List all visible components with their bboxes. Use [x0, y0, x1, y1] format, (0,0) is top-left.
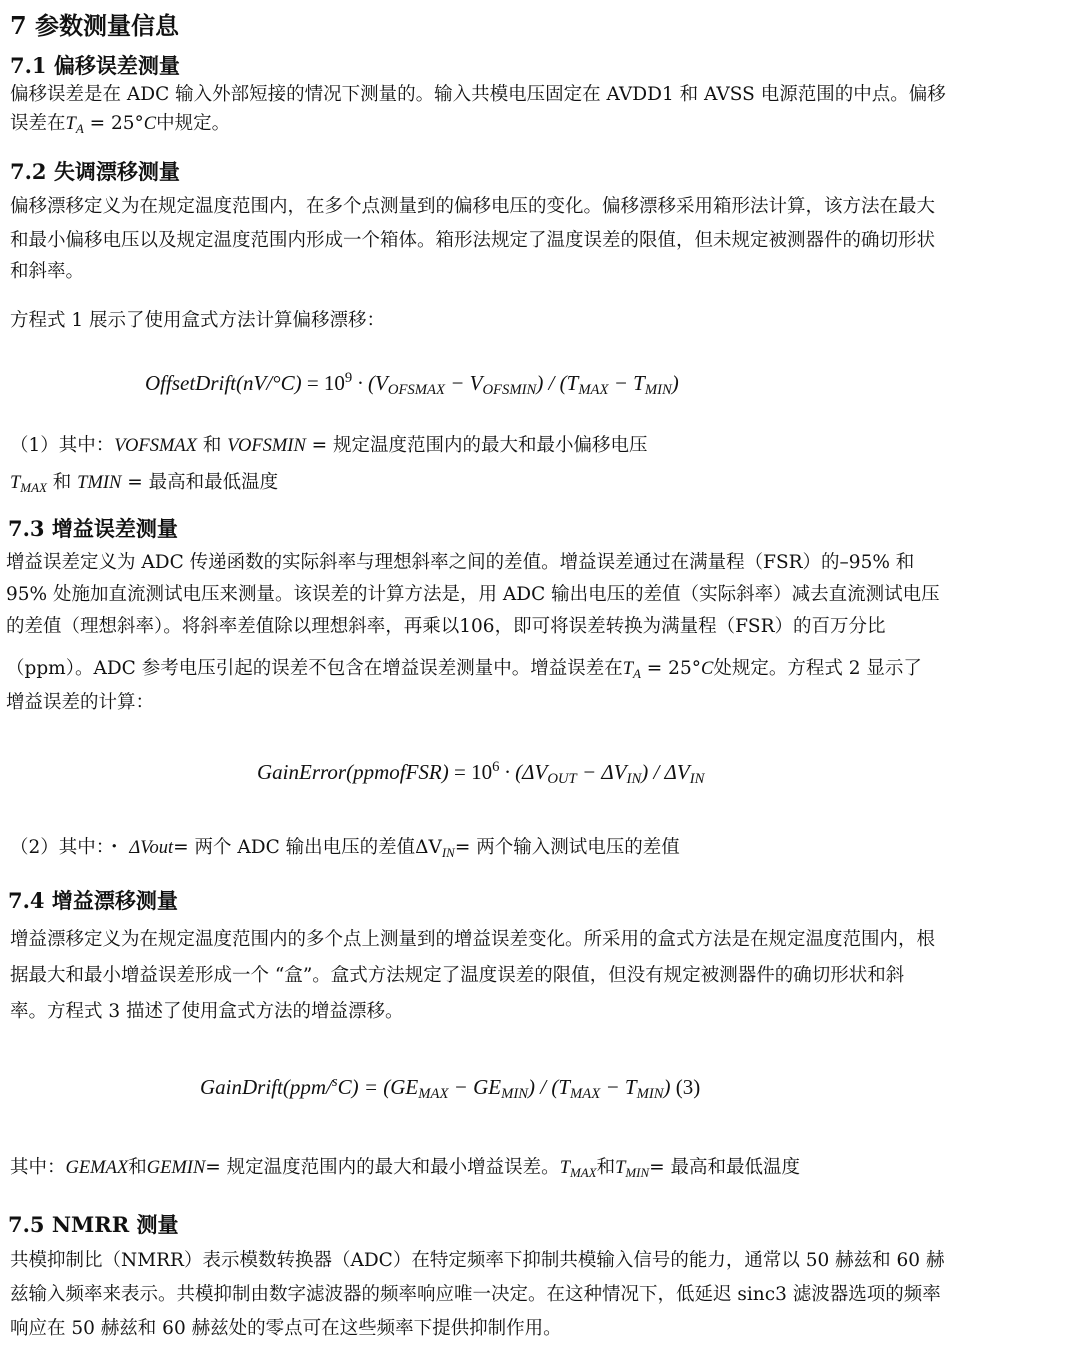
section-7-5-paragraph-line: 共模抑制比（NMRR）表示模数转换器（ADC）在特定频率下抑制共模输入信号的能力… — [10, 1246, 944, 1276]
section-7-3-title: 7.3 增益误差测量 — [8, 513, 178, 543]
equation-1-intro: 方程式 1 展示了使用盒式方法计算偏移漂移： — [10, 306, 385, 336]
equation-number: (3) — [676, 1075, 701, 1099]
section-7-1-title: 7.1 偏移误差测量 — [10, 50, 180, 80]
section-7-2-title: 7.2 失调漂移测量 — [10, 156, 180, 186]
section-7-2-paragraph-line: 偏移漂移定义为在规定温度范围内，在多个点测量到的偏移电压的变化。偏移漂移采用箱形… — [10, 192, 935, 222]
section-7-5-title: 7.5 NMRR 测量 — [8, 1209, 179, 1239]
equation-3: GainDrift(ppm/sC) = (GEMAX − GEMIN) / (T… — [200, 1074, 700, 1103]
section-7-4-paragraph-line: 增益漂移定义为在规定温度范围内的多个点上测量到的增益误差变化。所采用的盒式方法是… — [10, 925, 935, 955]
section-7-2-paragraph-line: 和斜率。 — [10, 257, 84, 287]
math-ta: TA — [66, 114, 84, 134]
equation-2-note: （2）其中：・ ΔVout= 两个 ADC 输出电压的差值ΔVIN= 两个输入测… — [10, 833, 680, 868]
section-7-3-paragraph-line: 的差值（理想斜率）。将斜率差值除以理想斜率，再乘以106，即可将误差转换为满量程… — [6, 612, 886, 642]
section-7-4-paragraph-line: 据最大和最小增益误差形成一个 “盒”。盒式方法规定了温度误差的限值，但没有规定被… — [10, 961, 904, 991]
section-7-4-title: 7.4 增益漂移测量 — [8, 885, 178, 915]
section-7-3-paragraph-line: 95% 处施加直流测试电压来测量。该误差的计算方法是，用 ADC 输出电压的差值… — [6, 580, 940, 610]
equation-3-note: 其中：GEMAX和GEMIN= 规定温度范围内的最大和最小增益误差。TMAX和T… — [10, 1153, 800, 1188]
section-7-1-paragraph-line: 误差在TA = 25°C中规定。 — [10, 109, 230, 144]
section-7-5-paragraph-line: 响应在 50 赫兹和 60 赫兹处的零点可在这些频率下提供抑制作用。 — [10, 1314, 562, 1344]
section-7-1-paragraph-line: 偏移误差是在 ADC 输入外部短接的情况下测量的。输入共模电压固定在 AVDD1… — [10, 80, 946, 110]
math-value: = 25° — [84, 113, 144, 134]
equation-1: OffsetDrift(nV/°C) = 109 · (VOFSMAX − VO… — [145, 370, 679, 399]
text-run: 中规定。 — [156, 113, 230, 134]
equation-1-note: （1）其中：VOFSMAX 和 VOFSMIN = 规定温度范围内的最大和最小偏… — [10, 431, 648, 461]
section-7-3-paragraph-line: （ppm）。ADC 参考电压引起的误差不包含在增益误差测量中。增益误差在TA =… — [6, 654, 922, 689]
section-7-2-paragraph-line: 和最小偏移电压以及规定温度范围内形成一个箱体。箱形法规定了温度误差的限值，但未规… — [10, 226, 935, 256]
chapter-title: 7 参数测量信息 — [10, 6, 179, 41]
equation-1-note: TMAX 和 TMIN = 最高和最低温度 — [10, 468, 278, 503]
section-7-5-paragraph-line: 兹输入频率来表示。共模抑制由数字滤波器的频率响应唯一决定。在这种情况下，低延迟 … — [10, 1280, 941, 1310]
equation-2: GainError(ppmofFSR) = 106 · (ΔVOUT − ΔVI… — [257, 759, 704, 788]
math-unit: C — [144, 114, 156, 134]
section-7-3-paragraph-line: 增益误差定义为 ADC 传递函数的实际斜率与理想斜率之间的差值。增益误差通过在满… — [6, 548, 914, 578]
section-7-3-paragraph-line: 增益误差的计算： — [6, 688, 154, 718]
section-7-4-paragraph-line: 率。方程式 3 描述了使用盒式方法的增益漂移。 — [10, 997, 404, 1027]
text-run: 误差在 — [10, 113, 66, 134]
